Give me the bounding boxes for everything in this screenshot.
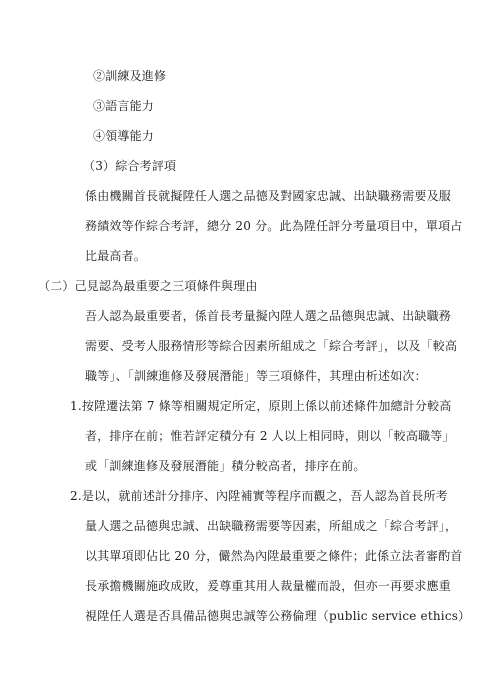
text-line: 或「訓練進修及發展潛能」積分較高者，排序在前。	[85, 451, 468, 481]
text-line: ③語言能力	[93, 91, 468, 121]
text-line: 職等」、「訓練進修及發展潛能」等三項條件，其理由析述如次：	[85, 361, 468, 391]
numbered-item: 1.按陞遷法第 7 條等相關規定所定，原則上係以前述條件加總計分較高	[70, 391, 468, 421]
text-line: 比最高者。	[85, 241, 468, 271]
document-text-block: ②訓練及進修 ③語言能力 ④領導能力 （3）綜合考評項 係由機關首長就擬陞任人選…	[38, 61, 468, 631]
section-heading: （二）己見認為最重要之三項條件與理由	[38, 271, 468, 301]
text-line: ②訓練及進修	[93, 61, 468, 91]
document-page: ②訓練及進修 ③語言能力 ④領導能力 （3）綜合考評項 係由機關首長就擬陞任人選…	[0, 0, 495, 700]
text-line: 量人選之品德與忠誠、出缺職務需要等因素，所組成之「綜合考評」，	[85, 511, 468, 541]
text-line: （3）綜合考評項	[83, 151, 468, 181]
text-line: 長承擔機關施政成敗，爰尊重其用人裁量權而設，但亦一再要求應重	[85, 571, 468, 601]
text-line: 者，排序在前；惟若評定積分有 2 人以上相同時，則以「較高職等」	[85, 421, 468, 451]
text-line: 吾人認為最重要者，係首長考量擬內陞人選之品德與忠誠、出缺職務	[85, 301, 468, 331]
text-line: ④領導能力	[93, 121, 468, 151]
text-line: 需要、受考人服務情形等綜合因素所組成之「綜合考評」，以及「較高	[85, 331, 468, 361]
numbered-item: 2.是以，就前述計分排序、內陞補實等程序而觀之，吾人認為首長所考	[70, 481, 468, 511]
text-line: 以其單項即佔比 20 分，儼然為內陞最重要之條件；此係立法者審酌首	[85, 541, 468, 571]
text-line: 視陞任人選是否具備品德與忠誠等公務倫理（public service ethic…	[85, 601, 468, 631]
text-line: 係由機關首長就擬陞任人選之品德及對國家忠誠、出缺職務需要及服	[85, 181, 468, 211]
text-line: 務績效等作綜合考評，總分 20 分。此為陞任評分考量項目中，單項占	[85, 211, 468, 241]
